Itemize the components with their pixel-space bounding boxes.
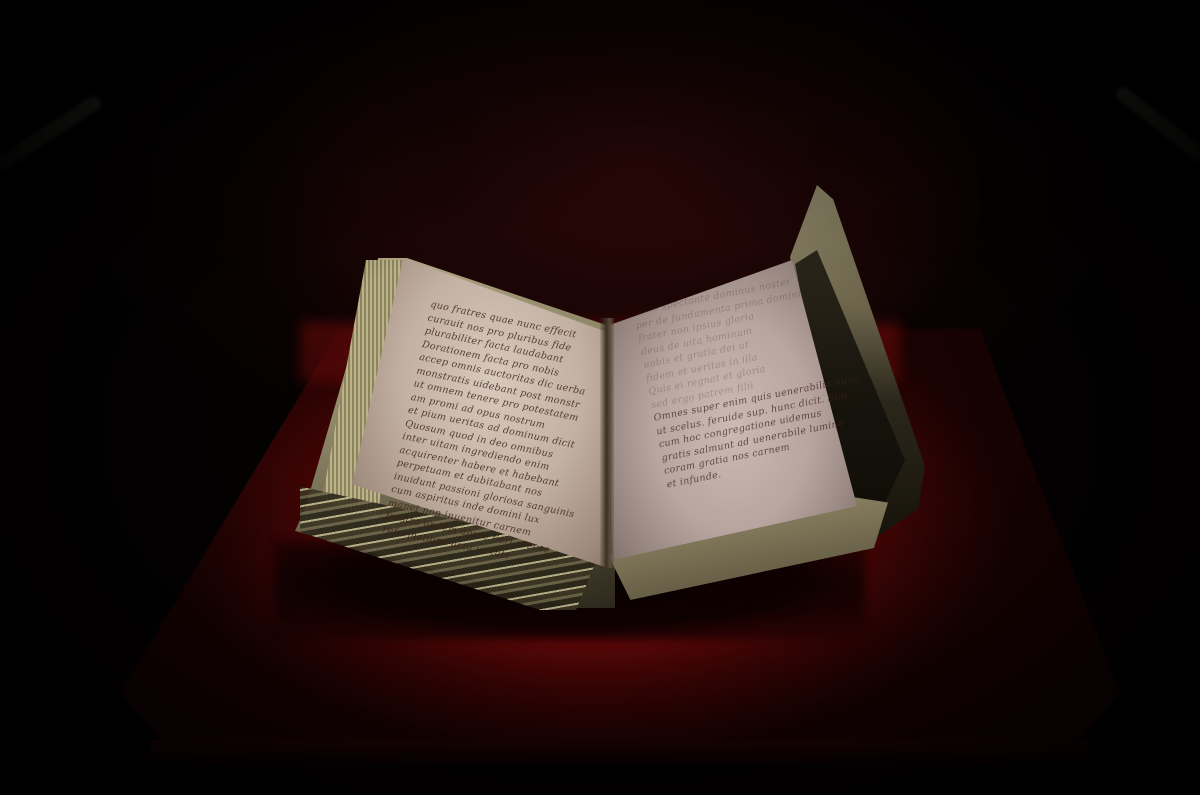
museum-display-scene: quo fratres quae nunc effecit curauit no… [0,0,1200,795]
right-page-script: luxto spectante dominus noster per de fu… [632,266,873,491]
open-manuscript: quo fratres quae nunc effecit curauit no… [0,0,1200,795]
